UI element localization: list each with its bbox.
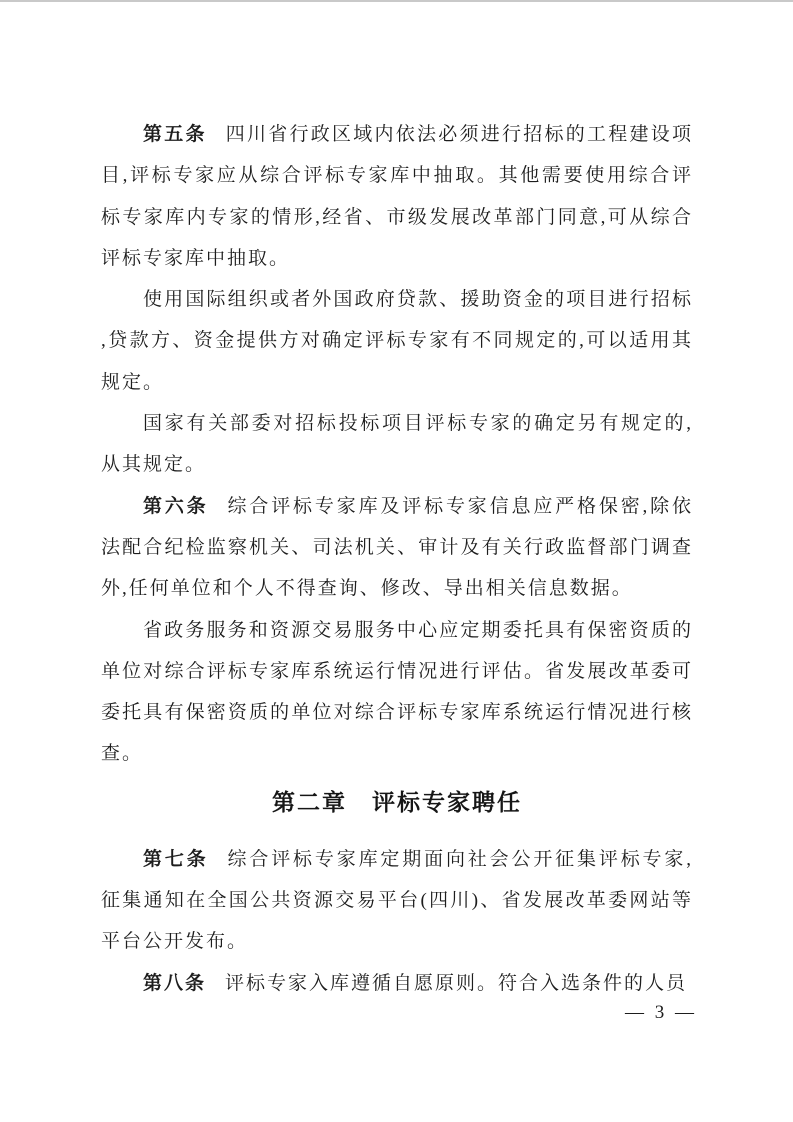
paragraph-text: 省政务服务和资源交易服务中心应定期委托具有保密资质的单位对综合评标专家库系统运行… bbox=[101, 620, 693, 765]
paragraph: 使用国际组织或者外国政府贷款、援助资金的项目进行招标,贷款方、资金提供方对确定评… bbox=[101, 279, 693, 403]
article-number: 第八条 bbox=[143, 973, 206, 994]
page-number: — 3 — bbox=[625, 1000, 697, 1026]
document-page: 第五条四川省行政区域内依法必须进行招标的工程建设项目,评标专家应从综合评标专家库… bbox=[0, 0, 793, 1122]
paragraph: 省政务服务和资源交易服务中心应定期委托具有保密资质的单位对综合评标专家库系统运行… bbox=[101, 610, 693, 775]
paragraph-article-8: 第八条评标专家入库遵循自愿原则。符合入选条件的人员 bbox=[101, 963, 693, 1004]
paragraph-text: 评标专家入库遵循自愿原则。符合入选条件的人员 bbox=[225, 973, 687, 994]
document-body: 第五条四川省行政区域内依法必须进行招标的工程建设项目,评标专家应从综合评标专家库… bbox=[101, 114, 693, 1004]
article-number: 第五条 bbox=[143, 124, 207, 145]
paragraph-article-7: 第七条综合评标专家库定期面向社会公开征集评标专家,征集通知在全国公共资源交易平台… bbox=[101, 839, 693, 963]
paragraph-article-5: 第五条四川省行政区域内依法必须进行招标的工程建设项目,评标专家应从综合评标专家库… bbox=[101, 114, 693, 279]
paragraph-article-6: 第六条综合评标专家库及评标专家信息应严格保密,除依法配合纪检监察机关、司法机关、… bbox=[101, 486, 693, 610]
scan-edge-line bbox=[0, 0, 793, 2]
chapter-heading: 第二章 评标专家聘任 bbox=[101, 782, 693, 823]
paragraph: 国家有关部委对招标投标项目评标专家的确定另有规定的,从其规定。 bbox=[101, 403, 693, 486]
article-number: 第六条 bbox=[143, 496, 209, 517]
article-number: 第七条 bbox=[143, 849, 209, 870]
paragraph-text: 使用国际组织或者外国政府贷款、援助资金的项目进行招标,贷款方、资金提供方对确定评… bbox=[101, 289, 693, 393]
paragraph-text: 国家有关部委对招标投标项目评标专家的确定另有规定的,从其规定。 bbox=[101, 413, 693, 475]
paragraph-text: 四川省行政区域内依法必须进行招标的工程建设项目,评标专家应从综合评标专家库中抽取… bbox=[101, 124, 693, 269]
